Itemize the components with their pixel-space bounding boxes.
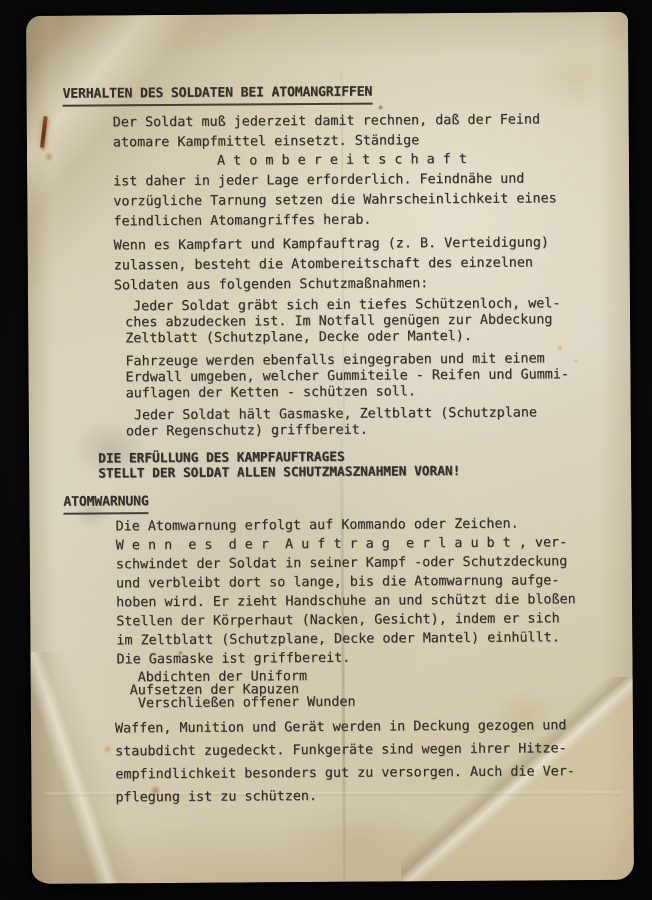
intro-paragraph: Der Soldat muß jederzeit damit rechnen, … [113, 110, 629, 153]
intro-paragraph-continued: ist daher in jeder Lage erforderlich. Fe… [113, 168, 629, 232]
typewritten-text: VERHALTEN DES SOLDATEN BEI ATOMANGRIFFEN… [26, 12, 634, 884]
section2-heading-row: ATOMWARNUNG [63, 488, 631, 514]
document-page: VERHALTEN DES SOLDATEN BEI ATOMANGRIFFEN… [26, 12, 634, 884]
equipment-paragraph: Waffen, Munition und Gerät werden in Dec… [115, 713, 634, 809]
measure-item-schuetzenloch: Jeder Soldat gräbt sich ein tiefes Schüt… [125, 295, 630, 347]
measure-item-gasmaske: Jeder Soldat hält Gasmaske, Zeltblatt (S… [126, 404, 631, 440]
emphasis-statement: DIE ERFÜLLUNG DES KAMPFAUFTRAGES STELLT … [98, 447, 631, 482]
section1-heading-row: VERHALTEN DES SOLDATEN BEI ATOMANGRIFFEN [62, 81, 628, 107]
conditions-paragraph: Wenn es Kampfart und Kampfauftrag (z. B.… [114, 232, 630, 296]
section2-heading: ATOMWARNUNG [63, 492, 148, 515]
measure-item-fahrzeuge: Fahrzeuge werden ebenfalls eingegraben u… [125, 350, 630, 402]
action-list: Abdichten der Uniform Aufsetzen der Kapu… [130, 667, 633, 711]
photo-background: VERHALTEN DES SOLDATEN BEI ATOMANGRIFFEN… [0, 0, 652, 900]
warning-paragraph: Die Atomwarnung erfolgt auf Kommando ode… [115, 513, 632, 669]
section1-heading: VERHALTEN DES SOLDATEN BEI ATOMANGRIFFEN [62, 83, 372, 107]
